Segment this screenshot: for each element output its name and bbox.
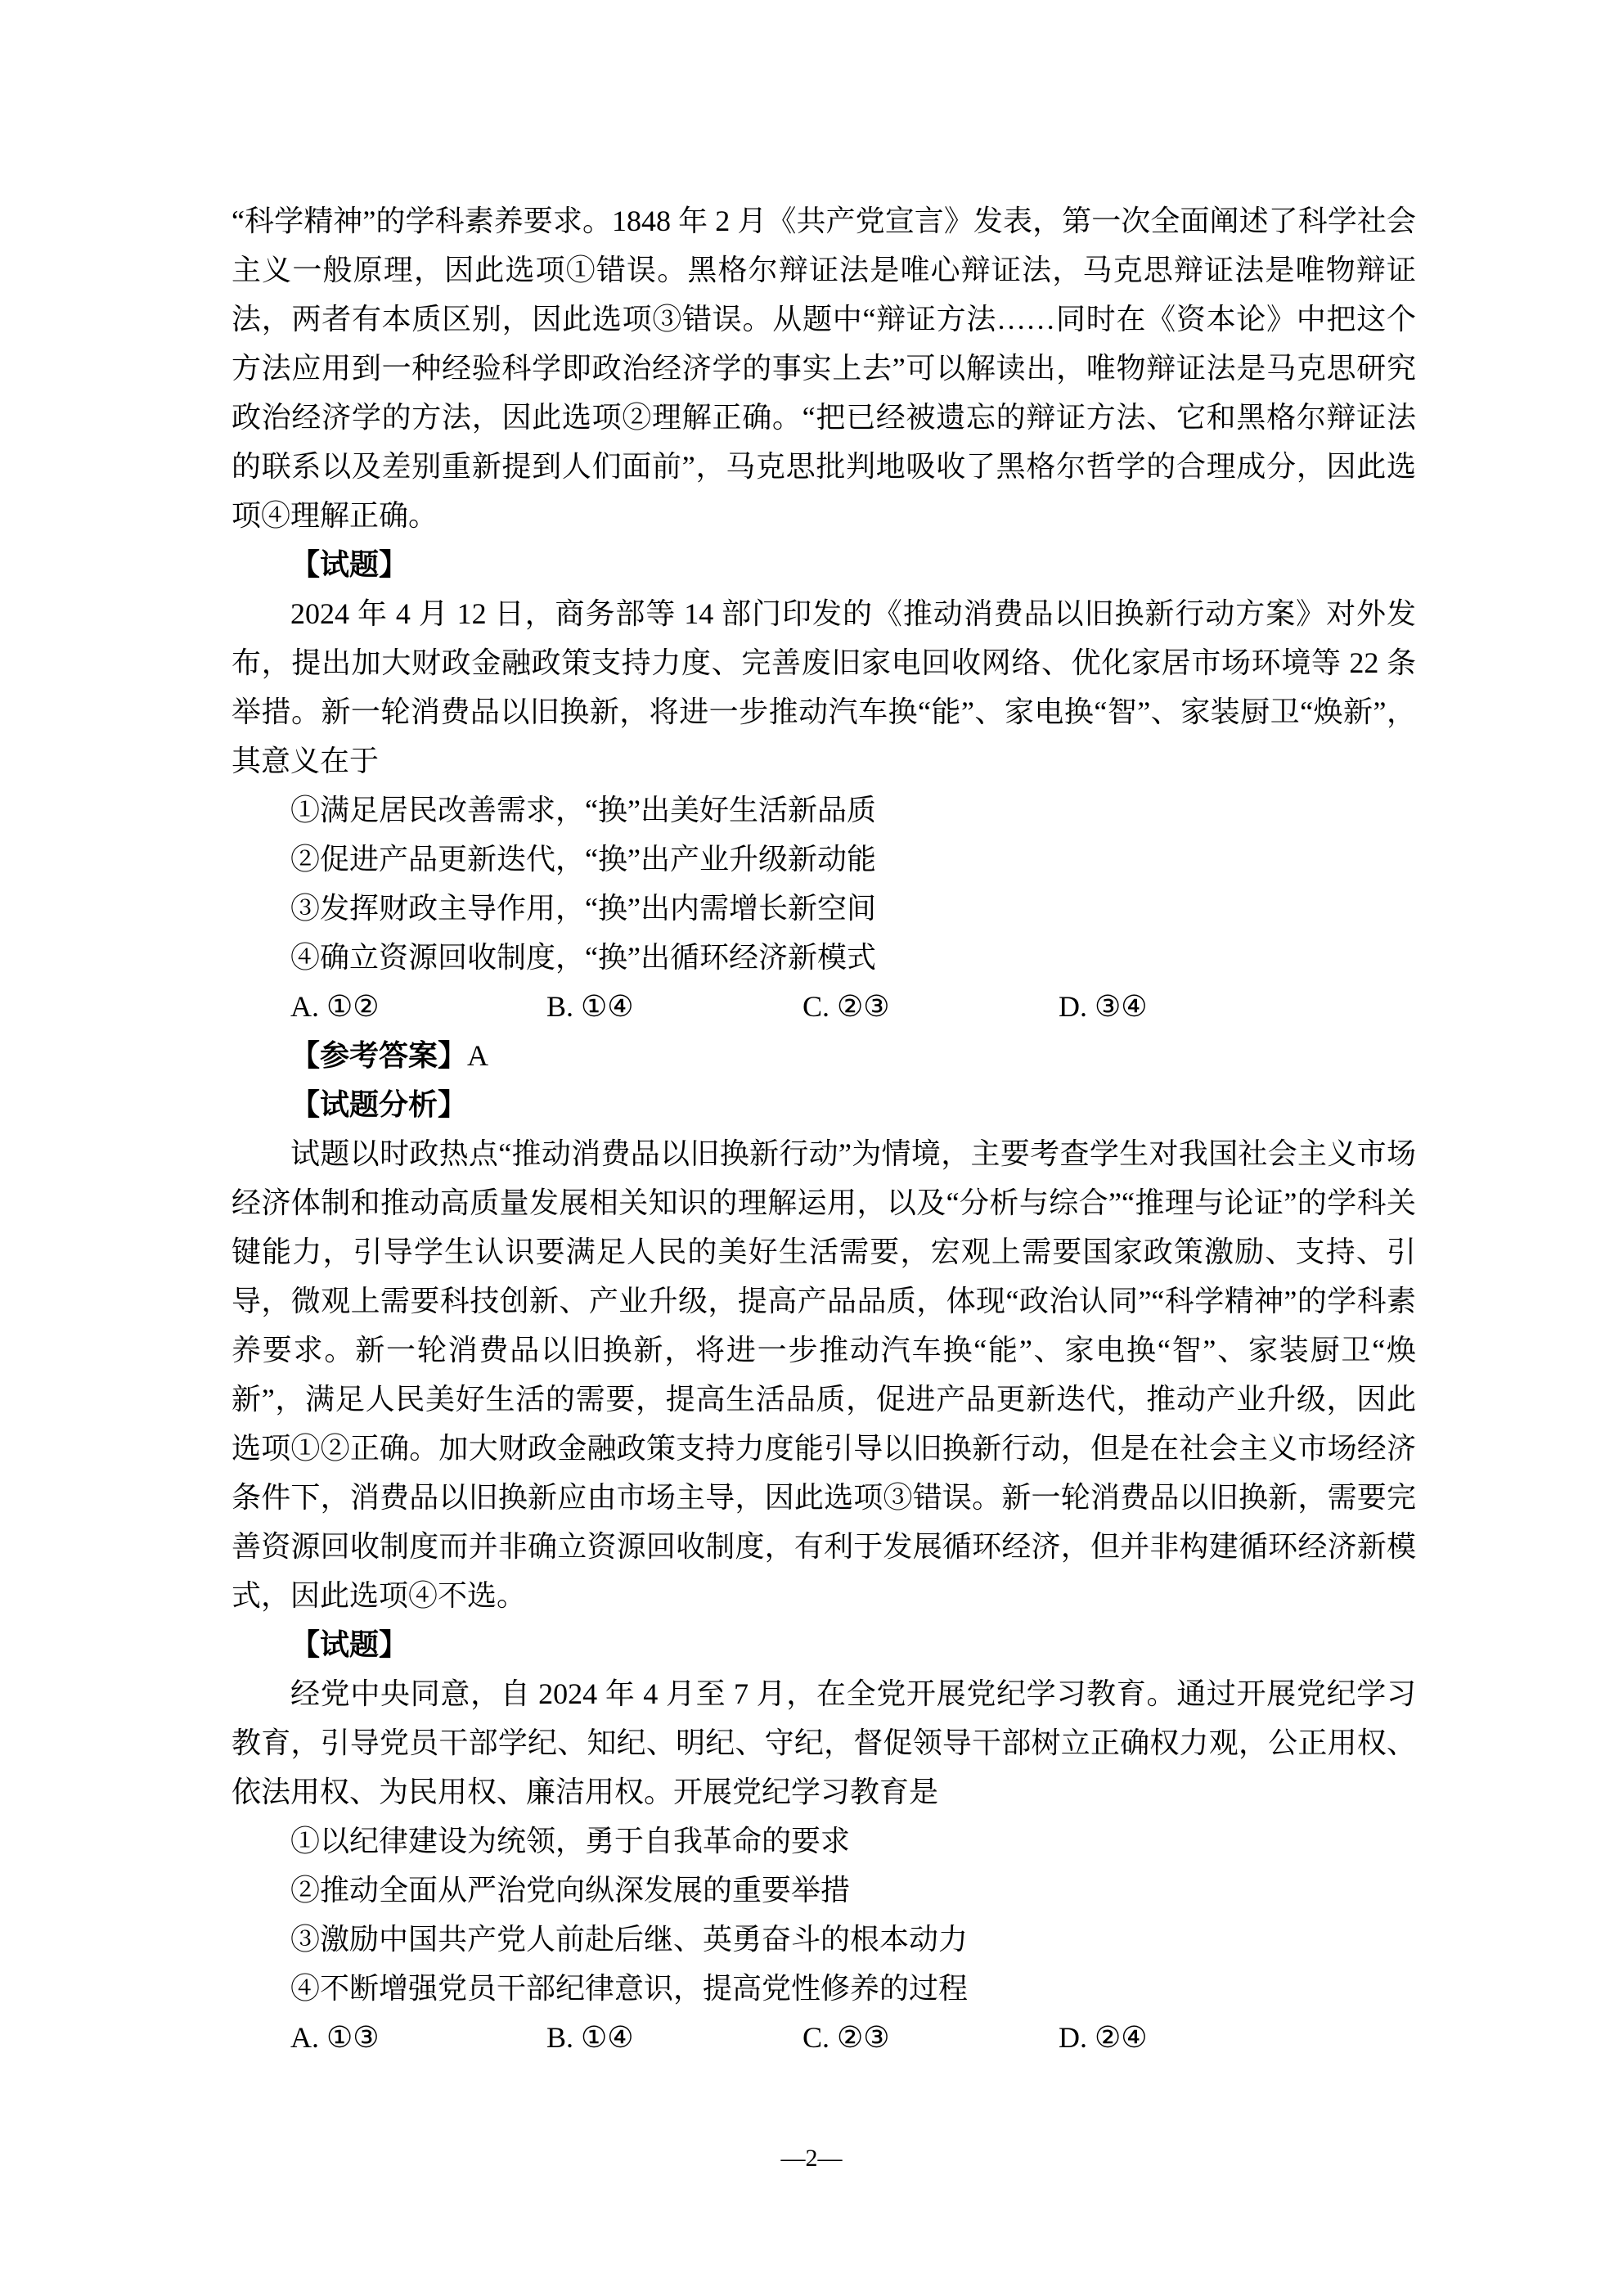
q1-statement-1: ①满足居民改善需求，“换”出美好生活新品质 [232, 786, 1416, 835]
q1-analysis-text: 试题以时政热点“推动消费品以旧换新行动”为情境，主要考查学生对我国社会主义市场经… [232, 1129, 1416, 1620]
q1-option-b: B. ①④ [546, 982, 803, 1031]
q2-option-d: D. ②④ [1059, 2021, 1148, 2054]
q2-statement-4: ④不断增强党员干部纪律意识，提高党性修养的过程 [232, 1964, 1416, 2013]
q1-option-d: D. ③④ [1059, 990, 1148, 1023]
analysis-continuation-text: “科学精神”的学科素养要求。1848 年 2 月《共产党宣言》发表，第一次全面阐… [232, 196, 1416, 540]
q2-options-row: A. ①③B. ①④C. ②③D. ②④ [232, 2013, 1416, 2062]
q1-answer-line: 【参考答案】A [232, 1031, 1416, 1080]
q1-statement-3: ③发挥财政主导作用，“换”出内需增长新空间 [232, 884, 1416, 933]
q1-statement-2: ②促进产品更新迭代，“换”出产业升级新动能 [232, 835, 1416, 884]
document-page: “科学精神”的学科素养要求。1848 年 2 月《共产党宣言》发表，第一次全面阐… [0, 0, 1623, 2296]
q1-statement-4: ④确立资源回收制度，“换”出循环经济新模式 [232, 933, 1416, 982]
page-content: “科学精神”的学科素养要求。1848 年 2 月《共产党宣言》发表，第一次全面阐… [232, 196, 1416, 2062]
q2-question-stem: 经党中央同意，自 2024 年 4 月至 7 月，在全党开展党纪学习教育。通过开… [232, 1669, 1416, 1817]
q1-option-c: C. ②③ [803, 982, 1059, 1031]
q2-option-b: B. ①④ [546, 2013, 803, 2062]
q2-option-a: A. ①③ [290, 2013, 546, 2062]
q2-option-c: C. ②③ [803, 2013, 1059, 2062]
q1-option-a: A. ①② [290, 982, 546, 1031]
q1-analysis-heading: 【试题分析】 [232, 1080, 1416, 1129]
q2-statement-1: ①以纪律建设为统领，勇于自我革命的要求 [232, 1817, 1416, 1866]
q2-statement-3: ③激励中国共产党人前赴后继、英勇奋斗的根本动力 [232, 1915, 1416, 1964]
q2-section-heading: 【试题】 [232, 1620, 1416, 1669]
page-number: —2— [0, 2142, 1623, 2175]
q1-options-row: A. ①②B. ①④C. ②③D. ③④ [232, 982, 1416, 1031]
q2-statement-2: ②推动全面从严治党向纵深发展的重要举措 [232, 1866, 1416, 1915]
q1-question-stem: 2024 年 4 月 12 日，商务部等 14 部门印发的《推动消费品以旧换新行… [232, 589, 1416, 786]
q1-answer-value: A [467, 1039, 488, 1072]
q1-answer-label: 【参考答案】 [290, 1038, 467, 1072]
q1-section-heading: 【试题】 [232, 540, 1416, 589]
